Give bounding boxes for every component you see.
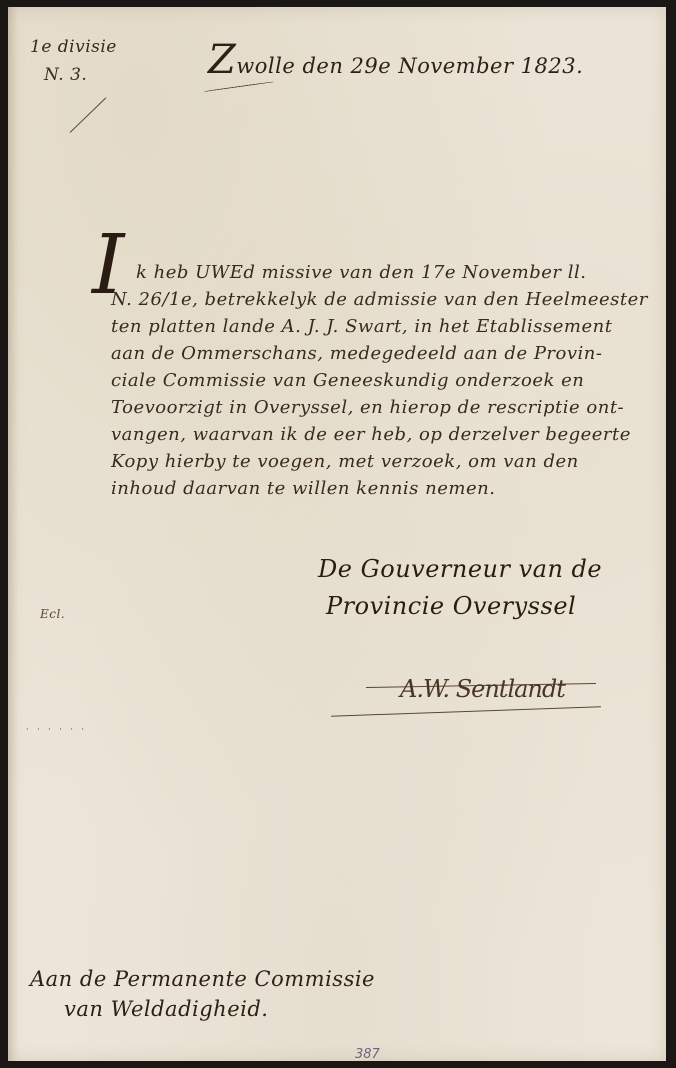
margin-note-division: 1e divisie	[30, 37, 117, 57]
body-line-9: inhoud daarvan te willen kennis nemen.	[111, 478, 495, 499]
document-page: 1e divisie N. 3. Zwolle den 29e November…	[8, 7, 666, 1061]
addressee-line1: Aan de Permanente Commissie	[30, 967, 375, 991]
margin-dots-icon: · · · · · ·	[26, 725, 87, 734]
signature: A.W. Sentlandt	[326, 675, 616, 715]
signature-lower-stroke-icon	[331, 706, 601, 716]
addressee-line2: van Weldadigheid.	[64, 997, 268, 1021]
closing-title-line1: De Gouverneur van de	[318, 555, 602, 583]
pen-stroke-mark-icon	[70, 97, 107, 132]
closing-title-line2: Provincie Overyssel	[326, 592, 576, 620]
body-line-3: ten platten lande A. J. J. Swart, in het…	[111, 316, 612, 337]
body-line-4: aan de Ommerschans, medegedeeld aan de P…	[111, 343, 602, 364]
folio-number: 387	[355, 1047, 380, 1062]
margin-mark: Ecl.	[40, 607, 65, 621]
body-line-6: Toevoorzigt in Overyssel, en hierop de r…	[111, 397, 624, 418]
dateline: Zwolle den 29e November 1823.	[208, 37, 583, 83]
dateline-text: wolle den 29e November 1823.	[236, 54, 583, 78]
body-line-2: N. 26/1e, betrekkelyk de admissie van de…	[111, 289, 648, 310]
margin-note-number: N. 3.	[44, 65, 87, 85]
body-line-5: ciale Commissie van Geneeskundig onderzo…	[111, 370, 584, 391]
body-line-7: vangen, waarvan ik de eer heb, op derzel…	[111, 424, 631, 445]
body-line-1: k heb UWEd missive van den 17e November …	[136, 262, 586, 283]
dateline-initial: Z	[208, 37, 236, 83]
body-line-8: Kopy hierby te voegen, met verzoek, om v…	[111, 451, 579, 472]
signature-name: A.W. Sentlandt	[400, 675, 565, 703]
